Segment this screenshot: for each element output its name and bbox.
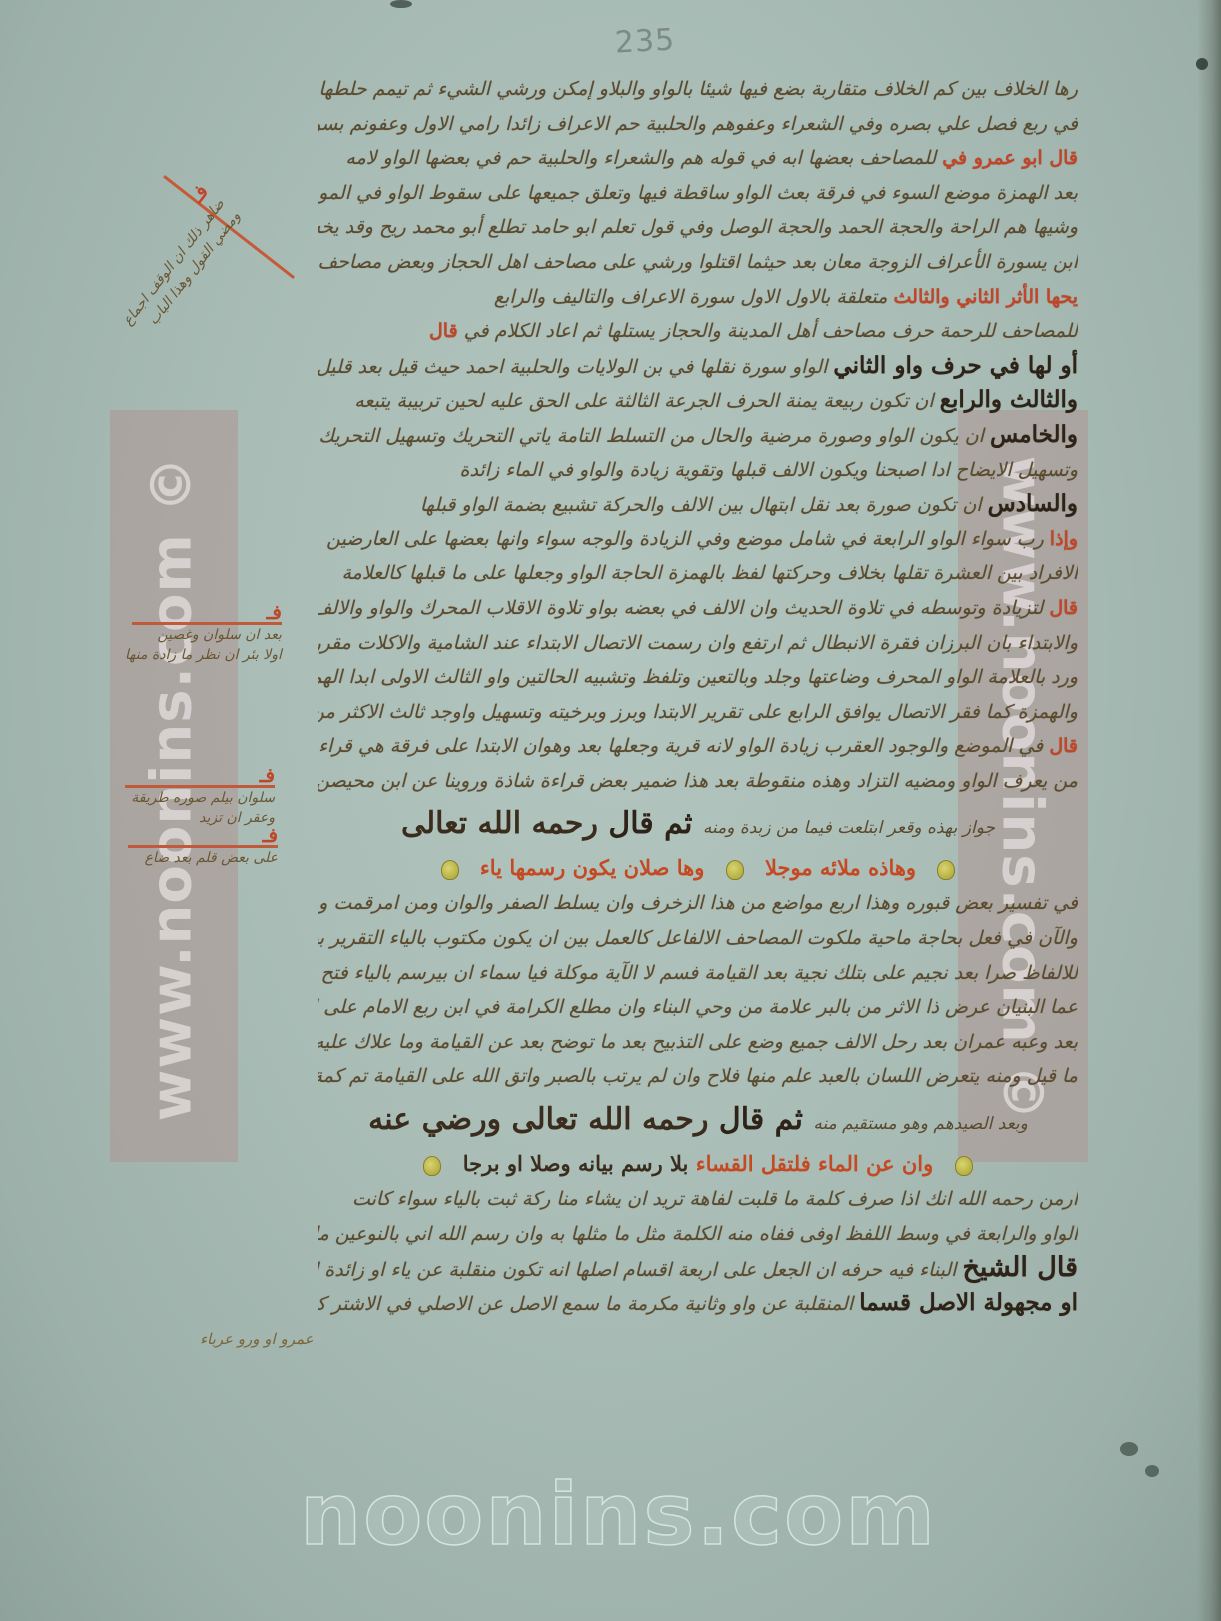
text-line: وشيها هم الراحة والحجة الحمد والحجة الوص…: [318, 210, 1078, 245]
text-line: والابتداء بان البرزان فقرة الانبطال ثم ا…: [318, 626, 1078, 661]
text-line: وتسهيل الايضاح ادا اصبحنا ويكون الالف قب…: [318, 453, 1078, 488]
text-line: قال ابو عمرو في للمصاحف بعضها ابه في قول…: [318, 141, 1078, 176]
text-line: قال الشيخ البناء فيه حرفه ان الجعل على ا…: [318, 1251, 1078, 1286]
text-line: الافراد بين العشرة تقلها بخلاف وحركتها ل…: [318, 556, 1078, 591]
ink-stain: [1120, 1442, 1138, 1456]
verse-line-2: وان عن الماء فلتقل القساء بلا رسم بيانه …: [318, 1146, 1078, 1182]
text-line: من يعرف الواو ومضيه التزاد وهذه منقوطة ب…: [318, 764, 1078, 799]
verse-medallion-icon: [441, 860, 459, 880]
text-line: قال في الموضع والوجود العقرب زيادة الواو…: [318, 729, 1078, 764]
text-line: او مجهولة الاصل قسما المنقلبة عن واو وثا…: [318, 1286, 1078, 1321]
text-line: بعد وعبه عمران بعد رحل الالف جميع وضع عل…: [318, 1025, 1078, 1060]
text-line: في تفسير بعض قبوره وهذا اربع مواضع من هذ…: [318, 886, 1078, 921]
margin-note-1: فـ بعد ان سلوان وغصين اولا بئر ان نظر ما…: [125, 602, 282, 665]
text-line: للمصاحف للرحمة حرف مصاحف أهل المدينة وال…: [318, 314, 1078, 349]
text-line: بعد الهمزة موضع السوء في فرقة بعث الواو …: [318, 176, 1078, 211]
margin-note-bottom: عمرو او ورو عرباء: [200, 1330, 314, 1348]
folio-number: 235: [604, 22, 686, 61]
text-line: والخامس ان يكون الواو وصورة مرضية والحال…: [318, 418, 1078, 453]
section-heading-2: وبعد الصيدهم وهو مستقيم منه ثم قال رحمه …: [318, 1094, 1078, 1146]
text-line: ورد بالعلامة الواو المحرف وضاعتها وجلد و…: [318, 660, 1078, 695]
manuscript-page: 235 www.noonins.com © www.noonins.com © …: [0, 0, 1221, 1621]
text-line: ما قيل ومنه يتعرض اللسان بالعبد علم منها…: [318, 1059, 1078, 1094]
section-heading-1: جواز بهذه وقعر ابتلعت فيما من زبدة ومنه …: [318, 798, 1078, 850]
text-line: والهمزة كما فقر الاتصال يوافق الرابع على…: [318, 695, 1078, 730]
margin-note-2: فـ سلوان بيلم صوره طريقة وعقر ان تزيد: [125, 765, 275, 828]
text-line: والسادس ان تكون صورة بعد نقل ابتهال بين …: [318, 487, 1078, 522]
text-line: يحها الأثر الثاني والثالث متعلقة بالاول …: [318, 280, 1078, 315]
verse-medallion-icon: [423, 1156, 441, 1176]
text-line: ابن يسورة الأعراف الزوجة معان بعد حيثما …: [318, 245, 1078, 280]
text-line: والثالث والرابع ان تكون ربيعة يمنة الحرف…: [318, 383, 1078, 418]
verse-medallion-icon: [726, 860, 744, 880]
text-line: عما البنيان عرض ذا الاثر من بالبر علامة …: [318, 990, 1078, 1025]
margin-note-3: فـ على بعض قلم بعد ضاع: [128, 825, 278, 868]
verse-line-1: وهاذه ملائه موجلا وها صلان يكون رسمها يا…: [318, 850, 1078, 886]
text-line: قال لتزيادة وتوسطه في تلاوة الحديث وان ا…: [318, 591, 1078, 626]
margin-note-diagonal: فـ ضاهر ذلك ان الوقف اجماع ومضي القول وه…: [100, 181, 245, 342]
text-line: في ربع فصل علي بصره وفي الشعراء وعفوهم و…: [318, 107, 1078, 142]
verse-medallion-icon: [955, 1156, 973, 1176]
margin-marker: فـ: [132, 602, 282, 625]
watermark-bottom: noonins.com: [300, 1465, 900, 1565]
text-line: أو لها في حرف واو الثاني الواو سورة نقله…: [318, 349, 1078, 384]
text-line: والآن في فعل بحاجة ماحية ملكوت المصاحف ا…: [318, 921, 1078, 956]
text-line: للالفاظ صرا بعد نجيم على بتلك نجية بعد ا…: [318, 956, 1078, 991]
text-line: ارمن رحمه الله انك اذا صرف كلمة ما قلبت …: [318, 1182, 1078, 1217]
ink-stain: [1196, 58, 1208, 70]
ink-stain: [390, 0, 412, 8]
page-edge-shadow: [1197, 0, 1221, 1621]
text-line: الواو والرابعة في وسط اللفظ اوفى ففاه من…: [318, 1217, 1078, 1252]
text-line: رها الخلاف بين كم الخلاف متقاربة بضع فيه…: [318, 72, 1078, 107]
text-line: وإذا رب سواء الواو الرابعة في شامل موضع …: [318, 522, 1078, 557]
verse-medallion-icon: [937, 860, 955, 880]
main-text-block: رها الخلاف بين كم الخلاف متقاربة بضع فيه…: [318, 72, 1078, 1320]
margin-marker: فـ: [125, 765, 275, 788]
margin-marker: فـ: [128, 825, 278, 848]
ink-stain: [1145, 1465, 1159, 1477]
